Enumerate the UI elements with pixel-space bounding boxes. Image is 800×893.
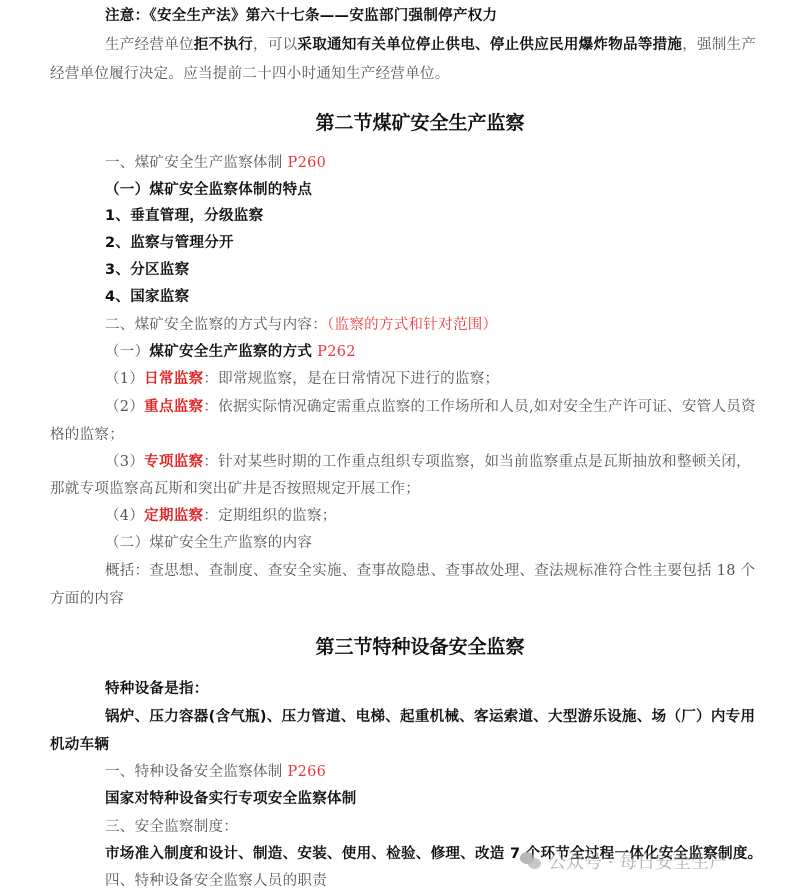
- section3-item4: 四、特种设备安全监察人员的职责: [105, 871, 327, 891]
- item-text: 一、特种设备安全监察体制: [105, 764, 288, 780]
- page-ref: P266: [288, 764, 327, 780]
- feature-item: 3、分区监察: [105, 260, 189, 280]
- method-num: （1）: [105, 371, 144, 387]
- wechat-icon: [520, 852, 542, 870]
- section3-item1-detail: 国家对特种设备实行专项安全监察体制: [105, 789, 357, 809]
- method-num: （2）: [105, 399, 144, 415]
- method-continuation: 那就专项监察高瓦斯和突出矿井是否按照规定开展工作；: [50, 479, 420, 499]
- text-span: ，强制生产: [682, 37, 756, 53]
- text-span-bold: 拒不执行: [194, 37, 253, 53]
- page-ref: P262: [317, 344, 356, 360]
- definition-line1: 锅炉、压力容器(含气瓶)、压力管道、电梯、起重机械、客运索道、大型游乐设施、场（…: [105, 707, 755, 727]
- method-item: （3）专项监察：针对某些时期的工作重点组织专项监察，如当前监察重点是瓦斯抽放和整…: [105, 452, 751, 472]
- method-item: （4）定期监察：定期组织的监察；: [105, 506, 337, 526]
- note-paragraph-line2: 经营单位履行决定。应当提前二十四小时通知生产经营单位。: [50, 64, 450, 84]
- section-heading-2: 第二节煤矿安全生产监察: [0, 110, 800, 136]
- method-desc: ：针对某些时期的工作重点组织专项监察，如当前监察重点是瓦斯抽放和整顿关闭，: [203, 454, 751, 470]
- section2-sub1: （一）煤矿安全监察体制的特点: [105, 180, 312, 200]
- note-title: 注意：《安全生产法》第六十七条——安监部门强制停产权力: [105, 6, 497, 26]
- text-span: 生产经营单位: [105, 37, 194, 53]
- method-item: （1）日常监察：即常规监察，是在日常情况下进行的监察；: [105, 369, 499, 389]
- item-text: 一、煤矿安全生产监察体制: [105, 155, 288, 171]
- method-desc: ：依据实际情况确定需重点监察的工作场所和人员,如对安全生产许可证、安管人员资: [203, 399, 756, 415]
- method-name: 重点监察: [144, 399, 203, 415]
- item-text: 二、煤矿安全监察的方式与内容：: [105, 317, 327, 333]
- section2-sub3: （二）煤矿安全生产监察的内容: [105, 533, 312, 553]
- method-desc: ：定期组织的监察；: [203, 508, 336, 524]
- watermark-text: 公众号 · 每日安全生产: [548, 848, 727, 874]
- note-paragraph-line1: 生产经营单位拒不执行，可以采取通知有关单位停止供电、停止供应民用爆炸物品等措施，…: [105, 35, 756, 55]
- red-note: （监察的方式和针对范围）: [327, 317, 497, 333]
- feature-item: 4、国家监察: [105, 287, 189, 307]
- section-heading-3: 第三节特种设备安全监察: [0, 634, 800, 660]
- text-span: ，可以: [253, 37, 297, 53]
- section2-sub2: （一）煤矿安全生产监察的方式 P262: [105, 342, 356, 362]
- section3-item3: 三、安全监察制度：: [105, 817, 238, 837]
- method-item: （2）重点监察：依据实际情况确定需重点监察的工作场所和人员,如对安全生产许可证、…: [105, 397, 756, 417]
- section2-item2: 二、煤矿安全监察的方式与内容：（监察的方式和针对范围）: [105, 315, 497, 335]
- method-num: （4）: [105, 508, 144, 524]
- definition-line2: 机动车辆: [50, 735, 109, 755]
- method-name: 日常监察: [144, 371, 203, 387]
- method-name: 定期监察: [144, 508, 203, 524]
- feature-item: 2、监察与管理分开: [105, 233, 234, 253]
- method-continuation: 格的监察；: [50, 425, 124, 445]
- feature-item: 1、垂直管理，分级监察: [105, 206, 263, 226]
- section3-item1: 一、特种设备安全监察体制 P266: [105, 762, 326, 782]
- text-span-bold: 采取通知有关单位停止供电、停止供应民用爆炸物品等措施: [297, 37, 682, 53]
- watermark: 公众号 · 每日安全生产: [520, 848, 727, 874]
- section2-item1: 一、煤矿安全生产监察体制 P260: [105, 153, 326, 173]
- definition-label: 特种设备是指：: [105, 679, 209, 699]
- summary-line1: 概括：查思想、查制度、查安全实施、查事故隐患、查事故处理、查法规标准符合性主要包…: [105, 561, 755, 581]
- page-ref: P260: [288, 155, 327, 171]
- method-name: 专项监察: [144, 454, 203, 470]
- item-prefix: （一）: [105, 344, 149, 360]
- summary-line2: 方面的内容: [50, 589, 124, 609]
- item-label: 煤矿安全生产监察的方式: [149, 344, 312, 360]
- method-desc: ：即常规监察，是在日常情况下进行的监察；: [203, 371, 499, 387]
- method-num: （3）: [105, 454, 144, 470]
